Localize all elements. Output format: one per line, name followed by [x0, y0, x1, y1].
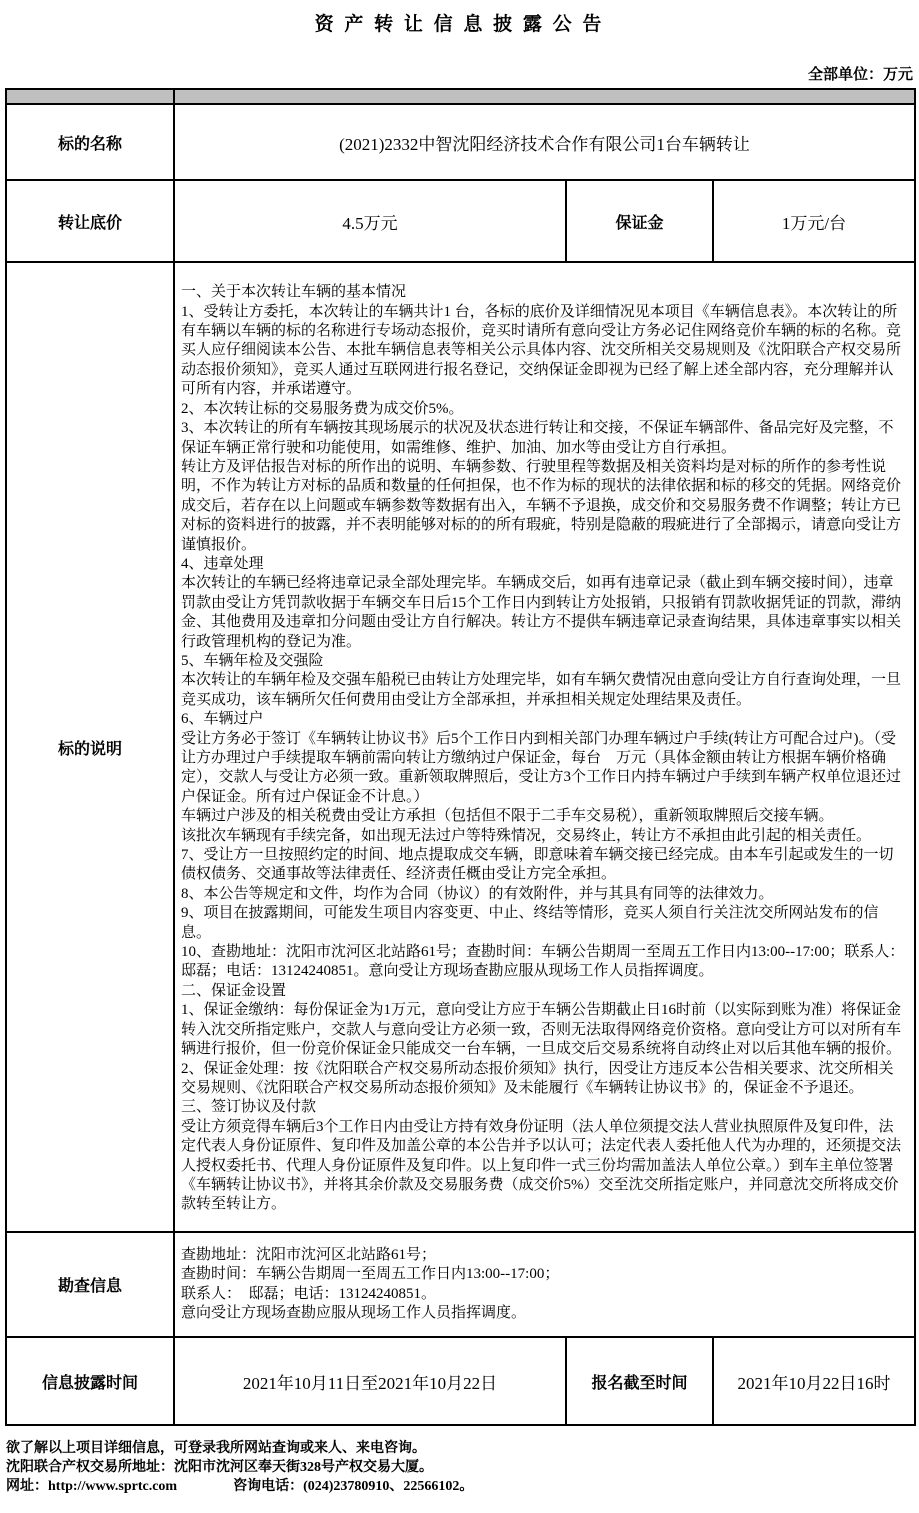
footer-note-line: 欲了解以上项目详细信息，可登录我所网站查询或来人、来电咨询。	[6, 1439, 919, 1458]
subject-description-row: 标的说明 一、关于本次转让车辆的基本情况1、受转让方委托，本次转让的车辆共计1 …	[6, 262, 915, 1232]
survey-info-line: 意向受让方现场查勘应服从现场工作人员指挥调度。	[181, 1304, 908, 1324]
description-paragraph: 该批次车辆现有手续完备，如出现无法过户等特殊情况，交易终止，转让方不承担由此引起…	[181, 827, 908, 846]
subject-name-label: 标的名称	[6, 104, 174, 180]
subject-name-value: (2021)2332中智沈阳经济技术合作有限公司1台车辆转让	[174, 104, 915, 180]
description-paragraph: 1、受转让方委托，本次转让的车辆共计1 台，各标的底价及详细情况见本项目《车辆信…	[181, 303, 908, 400]
floor-price-value: 4.5万元	[174, 180, 566, 262]
survey-info-line: 联系人： 邸磊；电话：13124240851。	[181, 1285, 908, 1305]
description-paragraph: 10、查勘地址：沈阳市沈河区北站路61号；查勘时间：车辆公告期周一至周五工作日内…	[181, 943, 908, 982]
disclosure-period-row: 信息披露时间 2021年10月11日至2021年10月22日 报名截至时间 20…	[6, 1337, 915, 1425]
description-paragraph: 1、保证金缴纳：每份保证金为1万元，意向受让方应于车辆公告期截止日16时前（以实…	[181, 1001, 908, 1059]
description-paragraph: 7、受让方一旦按照约定的时间、地点提取成交车辆，即意味着车辆交接已经完成。由本车…	[181, 846, 908, 885]
survey-info-line: 查勘时间：车辆公告期周一至周五工作日内13:00--17:00；	[181, 1265, 908, 1285]
footer-note-line: 沈阳联合产权交易所地址：沈阳市沈河区奉天街328号产权交易大厦。	[6, 1458, 919, 1477]
floor-price-row: 转让底价 4.5万元 保证金 1万元/台	[6, 180, 915, 262]
subject-description-content: 一、关于本次转让车辆的基本情况1、受转让方委托，本次转让的车辆共计1 台，各标的…	[181, 283, 908, 1215]
survey-info-content: 查勘地址：沈阳市沈河区北站路61号；查勘时间：车辆公告期周一至周五工作日内13:…	[181, 1246, 908, 1324]
description-paragraph: 5、车辆年检及交强险	[181, 652, 908, 671]
description-paragraph: 转让方及评估报告对标的所作出的说明、车辆参数、行驶里程等数据及相关资料均是对标的…	[181, 458, 908, 555]
description-paragraph: 9、项目在披露期间，可能发生项目内容变更、中止、终结等情形，竞买人须自行关注沈交…	[181, 904, 908, 943]
footer-notes: 欲了解以上项目详细信息，可登录我所网站查询或来人、来电咨询。沈阳联合产权交易所地…	[6, 1439, 919, 1496]
table-header-row	[6, 89, 915, 104]
description-paragraph: 2、保证金处理：按《沈阳联合产权交易所动态报价须知》执行，因受让方违反本公告相关…	[181, 1060, 908, 1099]
survey-info-cell: 查勘地址：沈阳市沈河区北站路61号；查勘时间：车辆公告期周一至周五工作日内13:…	[174, 1232, 915, 1337]
description-paragraph: 二、保证金设置	[181, 982, 908, 1001]
description-paragraph: 3、本次转让的所有车辆按其现场展示的状况及状态进行转让和交接，不保证车辆部件、备…	[181, 419, 908, 458]
header-value-cell	[174, 89, 915, 104]
survey-info-line: 查勘地址：沈阳市沈河区北站路61号；	[181, 1246, 908, 1266]
deposit-value: 1万元/台	[713, 180, 915, 262]
description-paragraph: 受让方务必于签订《车辆转让协议书》后5个工作日内到相关部门办理车辆过户手续(转让…	[181, 730, 908, 808]
header-label-cell	[6, 89, 174, 104]
subject-name-row: 标的名称 (2021)2332中智沈阳经济技术合作有限公司1台车辆转让	[6, 104, 915, 180]
deposit-label: 保证金	[566, 180, 713, 262]
description-paragraph: 本次转让的车辆已经将违章记录全部处理完毕。车辆成交后，如再有违章记录（截止到车辆…	[181, 574, 908, 652]
description-paragraph: 2、本次转让标的交易服务费为成交价5%。	[181, 400, 908, 419]
disclosure-period-value: 2021年10月11日至2021年10月22日	[174, 1337, 566, 1425]
disclosure-table: 标的名称 (2021)2332中智沈阳经济技术合作有限公司1台车辆转让 转让底价…	[5, 88, 916, 1426]
subject-description-cell: 一、关于本次转让车辆的基本情况1、受转让方委托，本次转让的车辆共计1 台，各标的…	[174, 262, 915, 1232]
description-paragraph: 4、违章处理	[181, 555, 908, 574]
description-paragraph: 受让方须竞得车辆后3个工作日内由受让方持有效身份证明（法人单位须提交法人营业执照…	[181, 1118, 908, 1215]
disclosure-period-label: 信息披露时间	[6, 1337, 174, 1425]
description-paragraph: 6、车辆过户	[181, 710, 908, 729]
description-paragraph: 8、本公告等规定和文件，均作为合同（协议）的有效附件，并与其具有同等的法律效力。	[181, 885, 908, 904]
registration-deadline-label: 报名截至时间	[566, 1337, 713, 1425]
footer-note-line: 网址：http://www.sprtc.com 咨询电话：(024)237809…	[6, 1477, 919, 1496]
description-paragraph: 本次转让的车辆年检及交强车船税已由转让方处理完毕，如有车辆欠费情况由意向受让方自…	[181, 671, 908, 710]
subject-description-label: 标的说明	[6, 262, 174, 1232]
page-title: 资 产 转 让 信 息 披 露 公 告	[0, 0, 919, 36]
floor-price-label: 转让底价	[6, 180, 174, 262]
survey-info-label: 勘查信息	[6, 1232, 174, 1337]
unit-note: 全部单位：万元	[0, 63, 919, 84]
description-paragraph: 一、关于本次转让车辆的基本情况	[181, 283, 908, 302]
description-paragraph: 车辆过户涉及的相关税费由受让方承担（包括但不限于二手车交易税），重新领取牌照后交…	[181, 807, 908, 826]
registration-deadline-value: 2021年10月22日16时	[713, 1337, 915, 1425]
description-paragraph: 三、签订协议及付款	[181, 1098, 908, 1117]
survey-info-row: 勘查信息 查勘地址：沈阳市沈河区北站路61号；查勘时间：车辆公告期周一至周五工作…	[6, 1232, 915, 1337]
